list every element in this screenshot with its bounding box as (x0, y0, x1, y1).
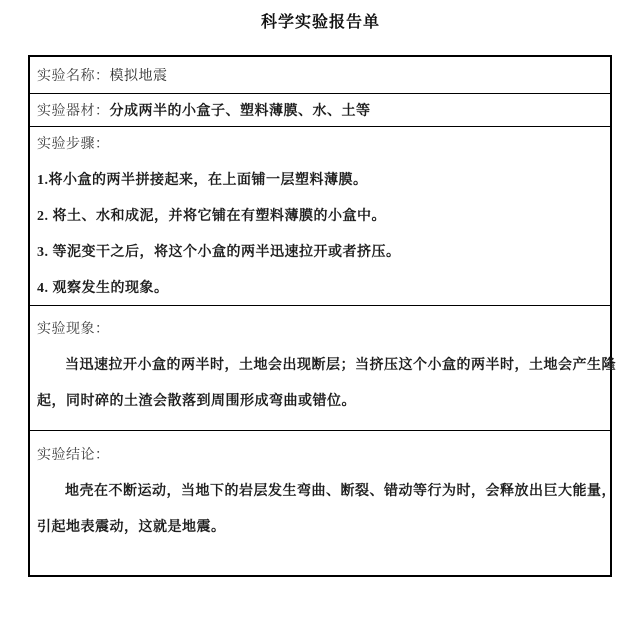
table-row-experiment-phenomenon: 实验现象： 当迅速拉开小盒的两半时，土地会出现断层；当挤压这个小盒的两半时，土地… (30, 305, 610, 430)
experiment-name-value: 模拟地震 (110, 65, 168, 85)
experiment-phenomenon-label: 实验现象： (37, 312, 604, 348)
experiment-conclusion-line-1: 地壳在不断运动，当地下的岩层发生弯曲、断裂、错动等行为时，会释放出巨大能量， (37, 474, 604, 510)
experiment-phenomenon-line-2: 起，同时碎的土渣会散落到周围形成弯曲或错位。 (37, 384, 604, 420)
experiment-phenomenon-line-1: 当迅速拉开小盒的两半时，土地会出现断层；当挤压这个小盒的两半时，土地会产生隆 (37, 348, 604, 384)
experiment-step-4: 4. 观察发生的现象。 (37, 271, 604, 307)
table-row-experiment-conclusion: 实验结论： 地壳在不断运动，当地下的岩层发生弯曲、断裂、错动等行为时，会释放出巨… (30, 430, 610, 577)
experiment-materials-value: 分成两半的小盒子、塑料薄膜、水、土等 (110, 100, 371, 120)
table-row-experiment-materials: 实验器材： 分成两半的小盒子、塑料薄膜、水、土等 (30, 93, 610, 126)
report-page: 科学实验报告单 实验名称： 模拟地震 实验器材： 分成两半的小盒子、塑料薄膜、水… (0, 0, 641, 641)
page-title: 科学实验报告单 (0, 9, 641, 32)
table-row-experiment-steps: 实验步骤： 1.将小盒的两半拼接起来，在上面铺一层塑料薄膜。 2. 将土、水和成… (30, 126, 610, 305)
experiment-step-1: 1.将小盒的两半拼接起来，在上面铺一层塑料薄膜。 (37, 163, 604, 199)
experiment-step-3: 3. 等泥变干之后，将这个小盒的两半迅速拉开或者挤压。 (37, 235, 604, 271)
experiment-steps-label: 实验步骤： (37, 127, 604, 163)
table-row-experiment-name: 实验名称： 模拟地震 (30, 57, 610, 93)
experiment-materials-label: 实验器材： (37, 100, 110, 120)
experiment-conclusion-label: 实验结论： (37, 438, 604, 474)
experiment-step-2: 2. 将土、水和成泥，并将它铺在有塑料薄膜的小盒中。 (37, 199, 604, 235)
experiment-name-label: 实验名称： (37, 65, 110, 85)
experiment-conclusion-line-2: 引起地表震动，这就是地震。 (37, 510, 604, 546)
report-table: 实验名称： 模拟地震 实验器材： 分成两半的小盒子、塑料薄膜、水、土等 实验步骤… (28, 55, 612, 577)
